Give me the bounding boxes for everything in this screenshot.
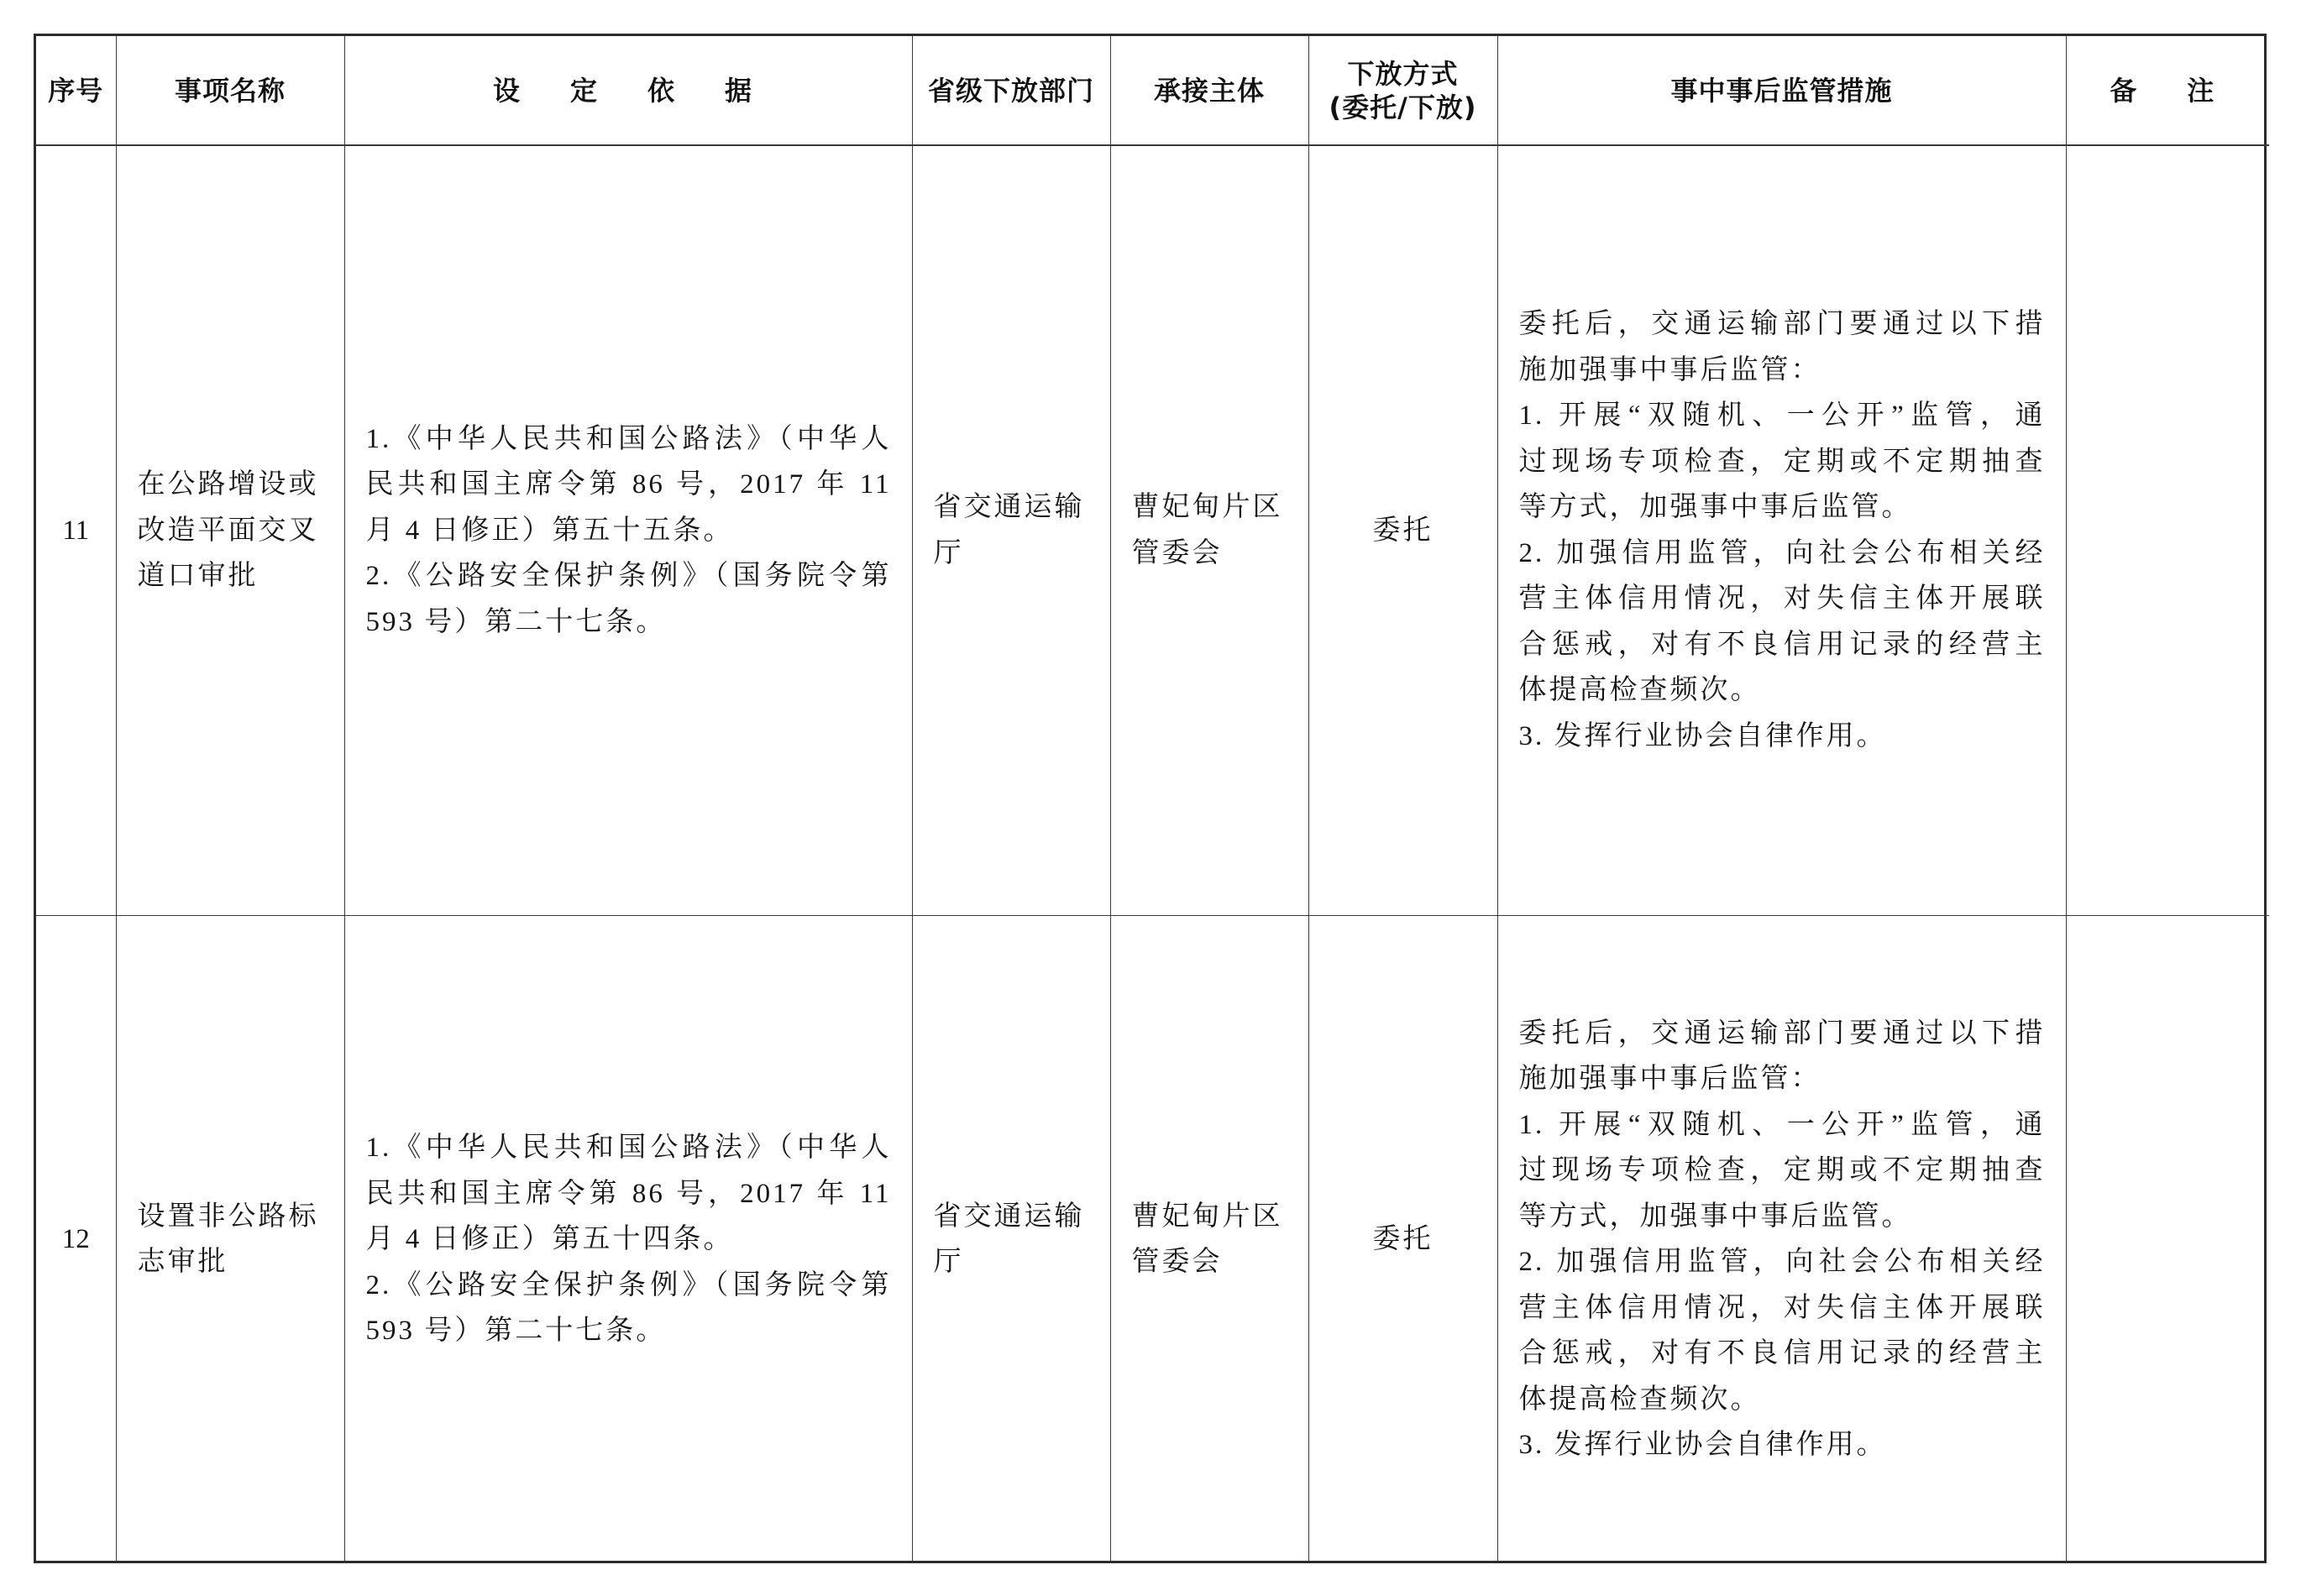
text-line: 曹妃甸片区 [1132,484,1288,531]
header-province-dept: 省级下放部门 [912,36,1110,145]
header-remarks-label: 备 注 [2110,75,2225,107]
text-line: 月 4 日修正）第五十四条。 [366,1217,892,1263]
cell-supervision: 委托后，交通运输部门要通过以下措施加强事中事后监管：1. 开展“双随机、一公开”… [1497,915,2066,1563]
text-line: 厅 [934,1239,1090,1285]
header-seq: 序号 [36,36,116,145]
cell-item-name: 设置非公路标志审批 [116,915,344,1563]
text-line: 民共和国主席令第 86 号，2017 年 11 [366,1171,892,1217]
text-line: 3. 发挥行业协会自律作用。 [1519,714,2046,760]
table-row: 12 设置非公路标志审批 1.《中华人民共和国公路法》（中华人民共和国主席令第 … [36,915,2269,1563]
cell-province-dept: 省交通运输厅 [912,145,1110,915]
text-line: 志审批 [138,1239,324,1285]
table-row: 11 在公路增设或改造平面交叉道口审批 1.《中华人民共和国公路法》（中华人民共… [36,145,2269,915]
text-line: 曹妃甸片区 [1132,1194,1288,1240]
cell-receiver: 曹妃甸片区管委会 [1110,915,1308,1563]
text-line: 在公路增设或 [138,462,324,508]
header-mode-line2: (委托/下放) [1309,91,1497,124]
text-line: 1. 开展“双随机、一公开”监管，通 [1519,1102,2046,1149]
cell-item-name: 在公路增设或改造平面交叉道口审批 [116,145,344,915]
text-line: 体提高检查频次。 [1519,667,2046,714]
text-line: 省交通运输 [934,1194,1090,1240]
delegation-table-sheet: 序号 事项名称 设 定 依 据 省级下放部门 承接主体 下放方式 (委托/下放)… [34,34,2267,1563]
text-line: 593 号）第二十七条。 [366,1308,892,1354]
header-basis: 设 定 依 据 [344,36,912,145]
text-line: 2. 加强信用监管，向社会公布相关经 [1519,531,2046,577]
header-remarks: 备 注 [2066,36,2269,145]
text-line: 管委会 [1132,1239,1288,1285]
text-line: 合惩戒，对有不良信用记录的经营主 [1519,1331,2046,1377]
cell-province-dept: 省交通运输厅 [912,915,1110,1563]
cell-receiver: 曹妃甸片区管委会 [1110,145,1308,915]
text-line: 省交通运输 [934,484,1090,531]
text-line: 改造平面交叉 [138,508,324,554]
cell-remarks [2066,915,2269,1563]
text-line: 1.《中华人民共和国公路法》（中华人 [366,416,892,463]
text-line: 设置非公路标 [138,1194,324,1240]
text-line: 2.《公路安全保护条例》（国务院令第 [366,1263,892,1309]
cell-mode: 委托 [1308,915,1497,1563]
text-line: 等方式，加强事中事后监管。 [1519,1194,2046,1240]
text-line: 营主体信用情况，对失信主体开展联 [1519,576,2046,622]
cell-basis: 1.《中华人民共和国公路法》（中华人民共和国主席令第 86 号，2017 年 1… [344,145,912,915]
text-line: 等方式，加强事中事后监管。 [1519,484,2046,531]
header-mode: 下放方式 (委托/下放) [1308,36,1497,145]
header-basis-label: 设 定 依 据 [493,75,763,107]
text-line: 1.《中华人民共和国公路法》（中华人 [366,1125,892,1171]
header-item-name: 事项名称 [116,36,344,145]
text-line: 过现场专项检查，定期或不定期抽查 [1519,1148,2046,1194]
text-line: 合惩戒，对有不良信用记录的经营主 [1519,622,2046,668]
text-line: 3. 发挥行业协会自律作用。 [1519,1422,2046,1468]
delegated-items-table: 序号 事项名称 设 定 依 据 省级下放部门 承接主体 下放方式 (委托/下放)… [36,36,2269,1563]
text-line: 2. 加强信用监管，向社会公布相关经 [1519,1239,2046,1285]
text-line: 施加强事中事后监管： [1519,1056,2046,1102]
text-line: 月 4 日修正）第五十五条。 [366,508,892,554]
text-line: 委托后，交通运输部门要通过以下措 [1519,1011,2046,1057]
text-line: 2.《公路安全保护条例》（国务院令第 [366,553,892,599]
text-line: 营主体信用情况，对失信主体开展联 [1519,1285,2046,1332]
cell-basis: 1.《中华人民共和国公路法》（中华人民共和国主席令第 86 号，2017 年 1… [344,915,912,1563]
cell-mode: 委托 [1308,145,1497,915]
text-line: 管委会 [1132,531,1288,577]
table-header-row: 序号 事项名称 设 定 依 据 省级下放部门 承接主体 下放方式 (委托/下放)… [36,36,2269,145]
text-line: 民共和国主席令第 86 号，2017 年 11 [366,462,892,508]
header-mode-line1: 下放方式 [1309,57,1497,91]
header-receiver: 承接主体 [1110,36,1308,145]
header-supervision: 事中事后监管措施 [1497,36,2066,145]
text-line: 体提高检查频次。 [1519,1377,2046,1423]
text-line: 厅 [934,531,1090,577]
text-line: 过现场专项检查，定期或不定期抽查 [1519,439,2046,485]
cell-seq: 11 [36,145,116,915]
cell-remarks [2066,145,2269,915]
cell-supervision: 委托后，交通运输部门要通过以下措施加强事中事后监管：1. 开展“双随机、一公开”… [1497,145,2066,915]
text-line: 委托后，交通运输部门要通过以下措 [1519,301,2046,348]
text-line: 道口审批 [138,553,324,599]
text-line: 593 号）第二十七条。 [366,599,892,646]
cell-seq: 12 [36,915,116,1563]
text-line: 施加强事中事后监管： [1519,348,2046,394]
text-line: 1. 开展“双随机、一公开”监管，通 [1519,393,2046,439]
